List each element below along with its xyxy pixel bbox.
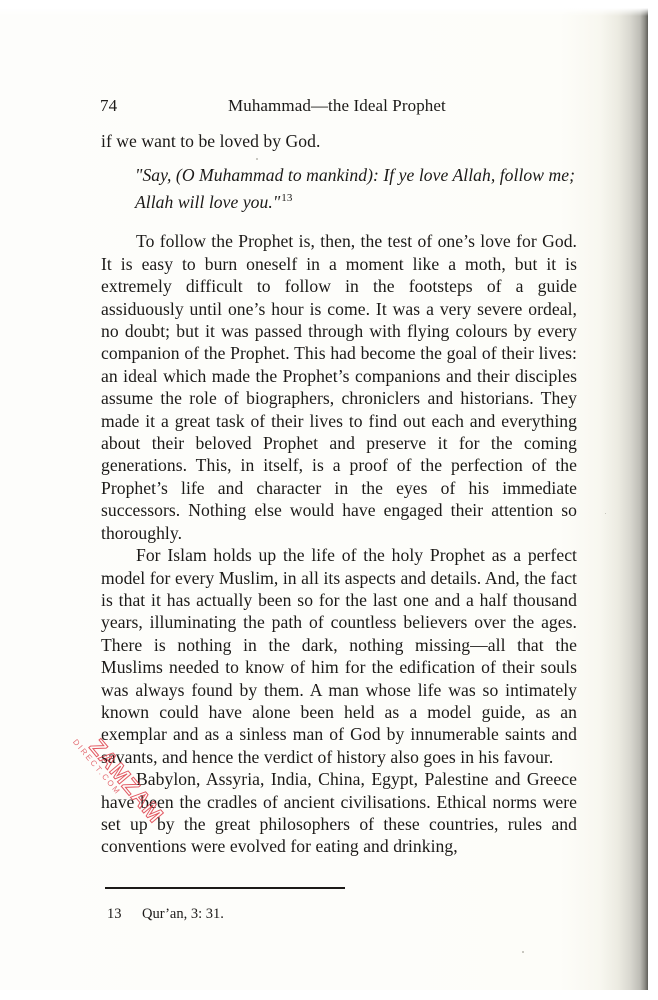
running-head-title: Muhammad—the Ideal Prophet [228, 96, 446, 116]
footnote-number: 13 [107, 905, 142, 923]
paper-speck [256, 158, 258, 160]
body-text: if we want to be loved by God. "Say, (O … [101, 130, 577, 858]
paper-speck [605, 513, 606, 514]
quote-text: "Say, (O Muhammad to mankind): If ye lov… [135, 165, 575, 212]
footnote-reference: 13 [281, 192, 292, 204]
paper-speck [522, 951, 524, 953]
paragraph: Babylon, Assyria, India, China, Egypt, P… [101, 768, 577, 858]
block-quote: "Say, (O Muhammad to mankind): If ye lov… [135, 164, 577, 214]
footnote-divider [105, 887, 345, 889]
footnote-text: Qur’an, 3: 31. [142, 906, 224, 922]
footnote: 13Qur’an, 3: 31. [107, 905, 224, 923]
page-top-edge [0, 8, 648, 16]
page-number: 74 [100, 96, 117, 116]
paragraph: For Islam holds up the life of the holy … [101, 544, 577, 768]
opening-line: if we want to be loved by God. [101, 130, 577, 152]
running-head: 74 Muhammad—the Ideal Prophet [100, 96, 576, 118]
book-page: 74 Muhammad—the Ideal Prophet if we want… [0, 8, 648, 990]
paragraph: To follow the Prophet is, then, the test… [101, 230, 577, 544]
